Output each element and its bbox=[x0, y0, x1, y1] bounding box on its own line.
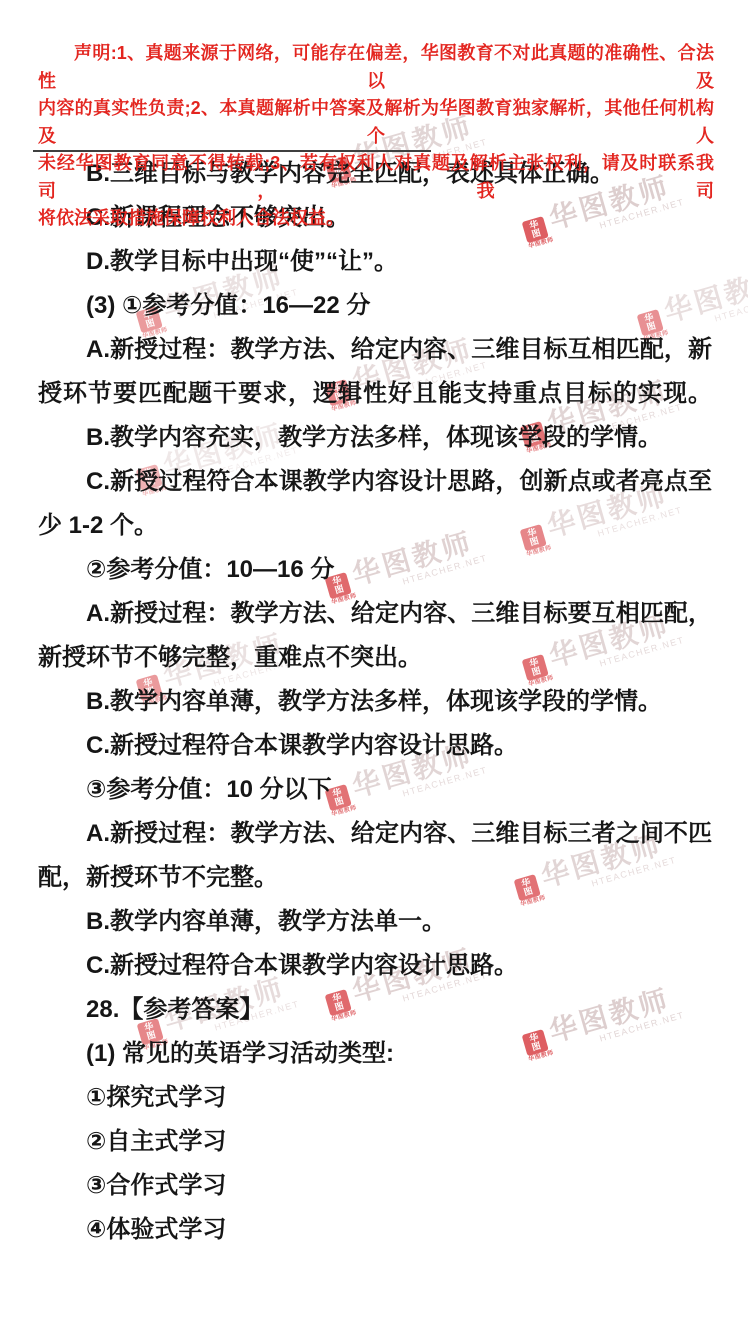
text-line: ②自主式学习 bbox=[38, 1120, 712, 1164]
text-line: B.教学内容单薄，教学方法多样，体现该学段的学情。 bbox=[38, 680, 712, 724]
text-line: ②参考分值：10—16 分 bbox=[38, 548, 712, 592]
watermark-domain-text: HTEACHER.NET bbox=[713, 290, 748, 324]
text-line: ④体验式学习 bbox=[38, 1208, 712, 1252]
text-line: 授环节要匹配题干要求，逻辑性好且能支持重点目标的实现。 bbox=[38, 372, 712, 416]
text-line: C.新授过程符合本课教学内容设计思路。 bbox=[38, 944, 712, 988]
text-line: A.新授过程：教学方法、给定内容、三维目标三者之间不匹 bbox=[38, 812, 712, 856]
text-line: D.教学目标中出现“使”“让”。 bbox=[38, 240, 712, 284]
document-body: B.三维目标与教学内容完全匹配，表述具体正确。 C.新课程理念不够突出。 D.教… bbox=[38, 152, 712, 1252]
text-line: B.教学内容单薄，教学方法单一。 bbox=[38, 900, 712, 944]
disclaimer-text: 1、真题来源于网络，可能存在偏差，华图教育不对此真题的准确性、合法性以及 bbox=[38, 43, 714, 91]
text-line: 28.【参考答案】 bbox=[38, 988, 712, 1032]
text-line: A.新授过程：教学方法、给定内容、三维目标互相匹配，新 bbox=[38, 328, 712, 372]
document-page: 华图华图教师 华图教师HTEACHER.NET 华图华图教师 华图教师HTEAC… bbox=[0, 0, 748, 1334]
text-line: ③合作式学习 bbox=[38, 1164, 712, 1208]
text-line: A.新授过程：教学方法、给定内容、三维目标要互相匹配， bbox=[38, 592, 712, 636]
text-line: (3) ①参考分值：16—22 分 bbox=[38, 284, 712, 328]
disclaimer-line: 未经华图教育同意不得转载;3、若有权利人对真题及解析主张权利，请及时联系我司，我… bbox=[38, 150, 714, 205]
text-line: 少 1-2 个。 bbox=[38, 504, 712, 548]
text-line: (1) 常见的英语学习活动类型: bbox=[38, 1032, 712, 1076]
text-line: ①探究式学习 bbox=[38, 1076, 712, 1120]
divider-rule bbox=[33, 150, 431, 152]
text-line: 新授环节不够完整，重难点不突出。 bbox=[38, 636, 712, 680]
disclaimer: 声明:1、真题来源于网络，可能存在偏差，华图教育不对此真题的准确性、合法性以及 … bbox=[38, 40, 714, 233]
text-line: ③参考分值：10 分以下 bbox=[38, 768, 712, 812]
text-line: C.新授过程符合本课教学内容设计思路，创新点或者亮点至 bbox=[38, 460, 712, 504]
text-line: C.新授过程符合本课教学内容设计思路。 bbox=[38, 724, 712, 768]
disclaimer-line: 声明:1、真题来源于网络，可能存在偏差，华图教育不对此真题的准确性、合法性以及 bbox=[38, 40, 714, 95]
disclaimer-label: 声明: bbox=[74, 43, 117, 63]
disclaimer-line: 内容的真实性负责;2、本真题解析中答案及解析为华图教育独家解析，其他任何机构及个… bbox=[38, 95, 714, 150]
text-line: B.教学内容充实，教学方法多样，体现该学段的学情。 bbox=[38, 416, 712, 460]
disclaimer-line: 将依法采取措施保障权利人合法权益。 bbox=[38, 205, 714, 233]
text-line: 配，新授环节不完整。 bbox=[38, 856, 712, 900]
